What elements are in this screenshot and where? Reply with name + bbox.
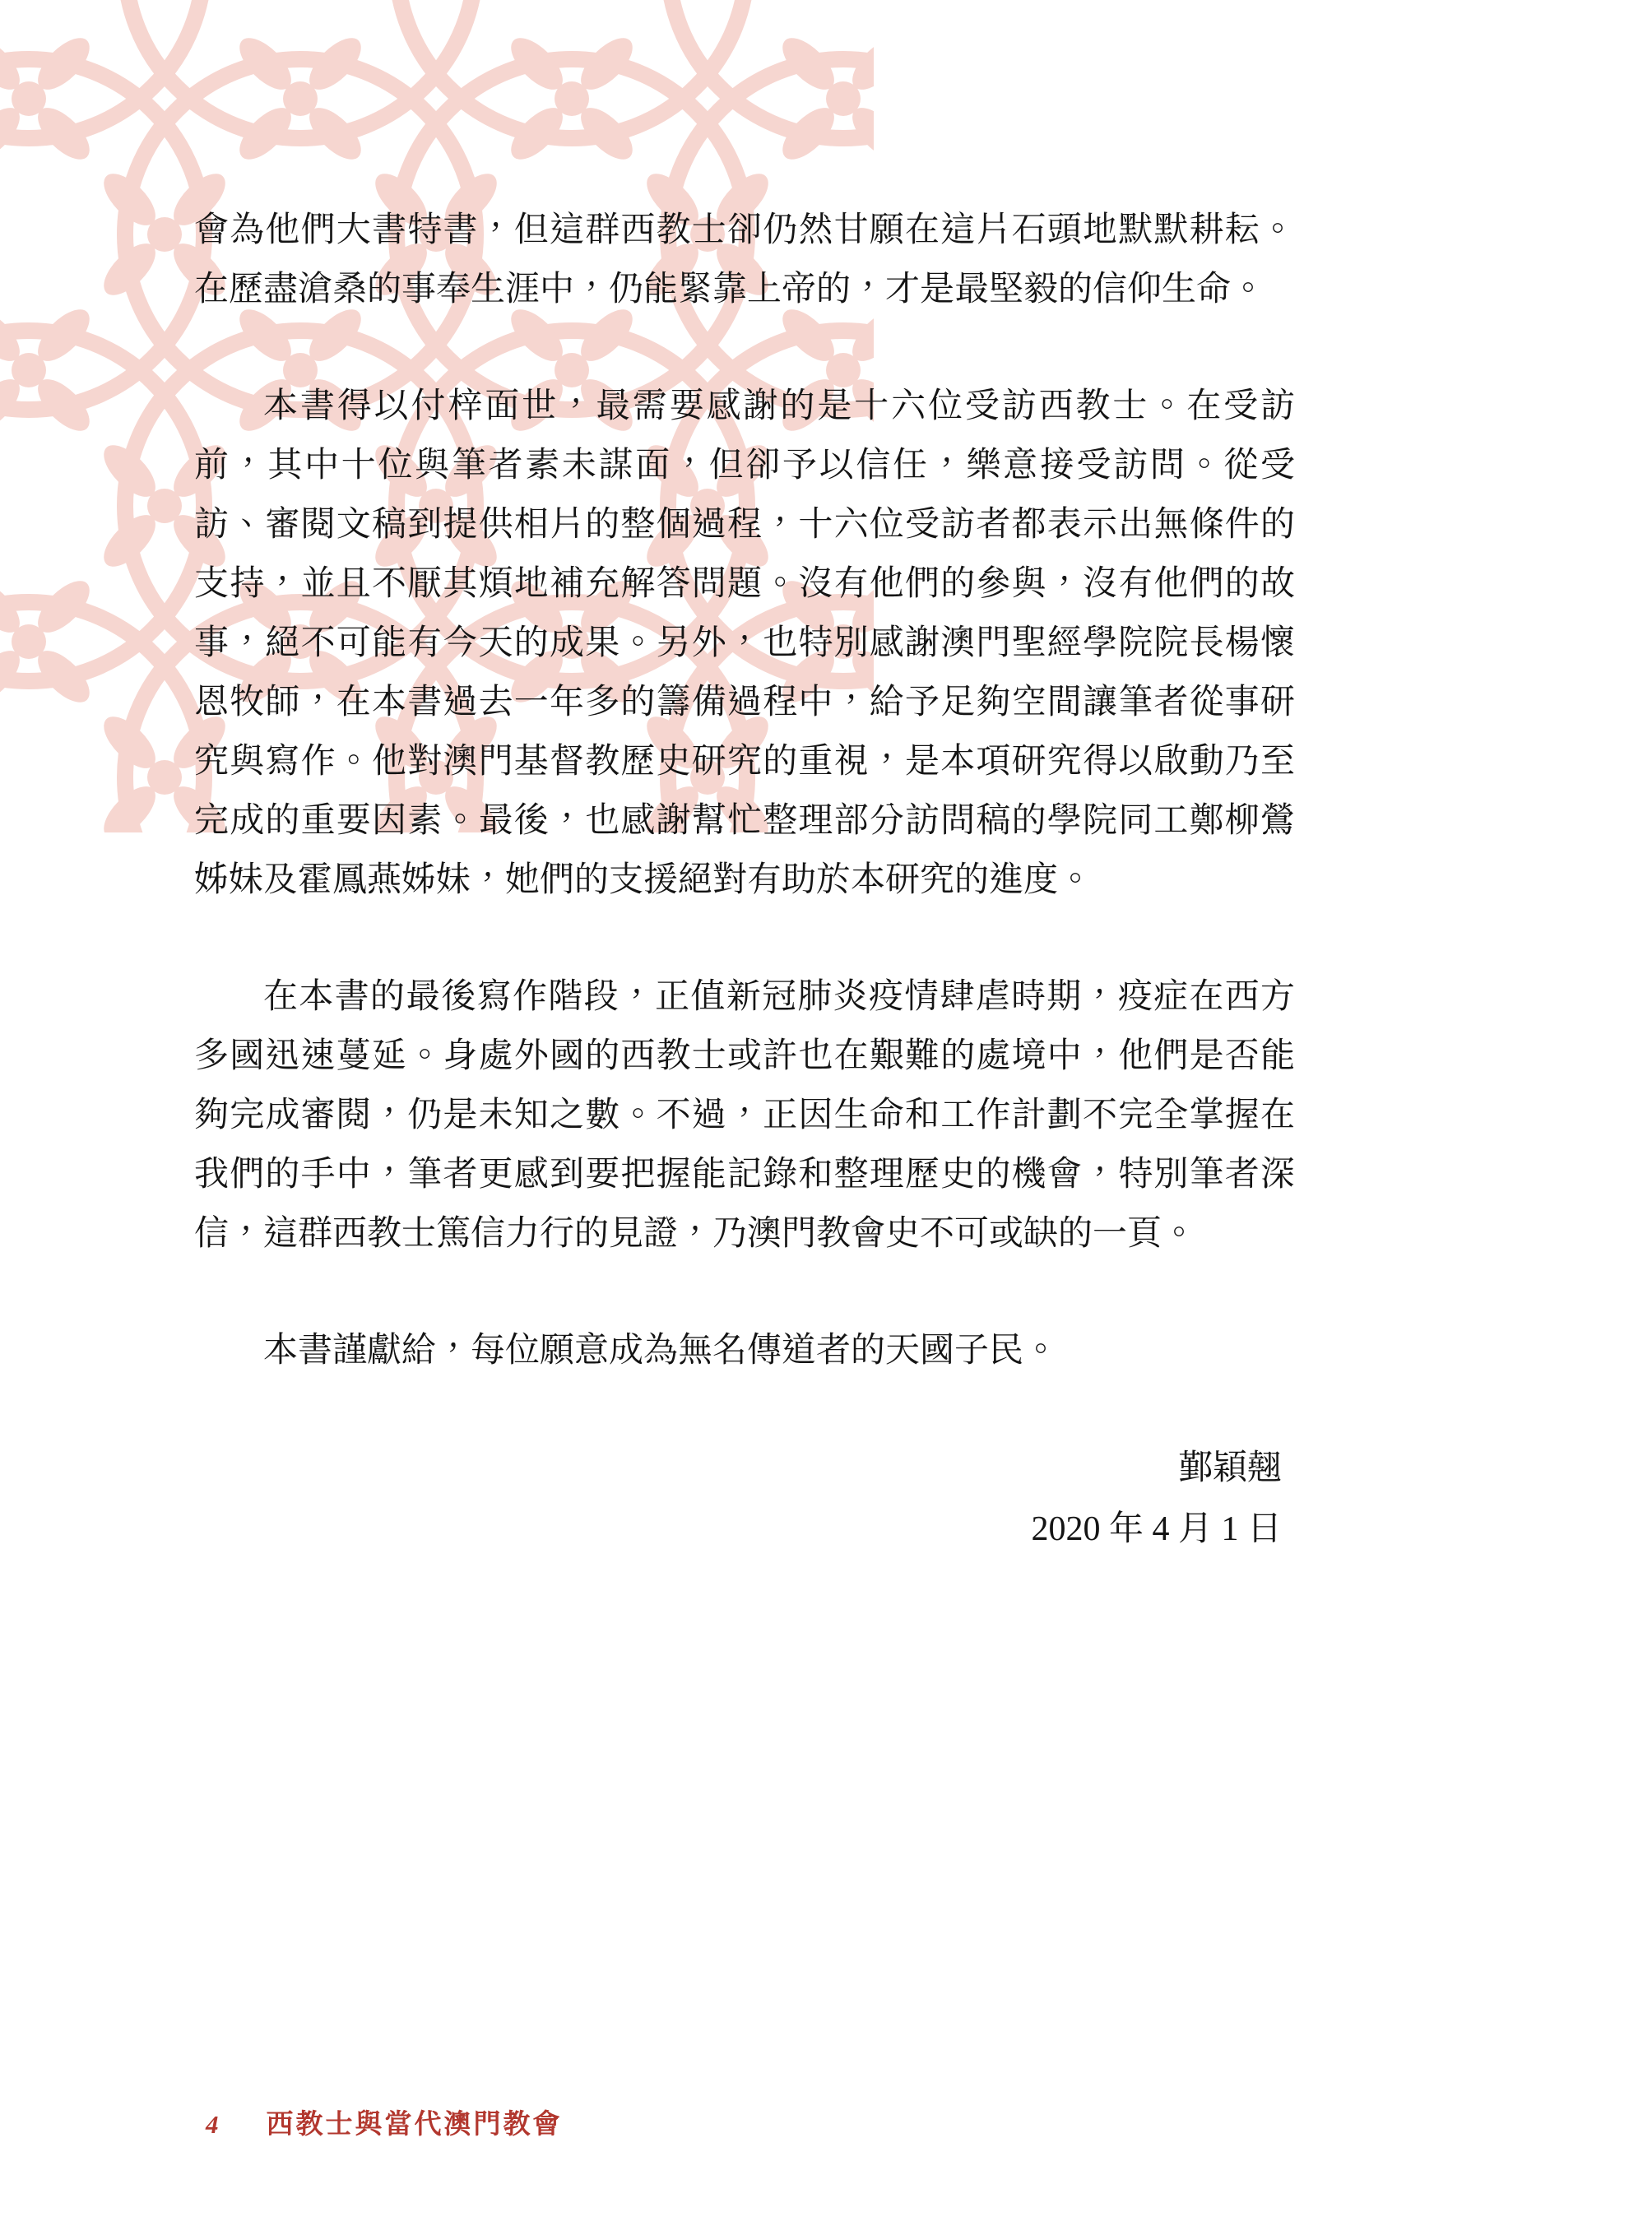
page-footer: 4 西教士與當代澳門教會 [206, 2103, 563, 2141]
paragraph-2: 本書得以付梓面世，最需要感謝的是十六位受訪西教士。在受訪前，其中十位與筆者素未謀… [194, 377, 1295, 910]
book-title: 西教士與當代澳門教會 [267, 2103, 563, 2141]
page-number: 4 [206, 2110, 219, 2140]
signature-date: 2020 年 4 月 1 日 [194, 1499, 1282, 1560]
signature-block: 鄞穎翹 2020 年 4 月 1 日 [194, 1438, 1295, 1560]
paragraph-3: 在本書的最後寫作階段，正值新冠肺炎疫情肆虐時期，疫症在西方多國迅速蔓延。身處外國… [194, 967, 1295, 1264]
book-page: 會為他們大書特書，但這群西教士卻仍然甘願在這片石頭地默默耕耘。在歷盡滄桑的事奉生… [0, 0, 1652, 2235]
page-body: 會為他們大書特書，但這群西教士卻仍然甘願在這片石頭地默默耕耘。在歷盡滄桑的事奉生… [194, 201, 1295, 1560]
paragraph-1: 會為他們大書特書，但這群西教士卻仍然甘願在這片石頭地默默耕耘。在歷盡滄桑的事奉生… [194, 201, 1295, 319]
author-name: 鄞穎翹 [194, 1438, 1282, 1499]
dedication-paragraph: 本書謹獻給，每位願意成為無名傳道者的天國子民。 [194, 1321, 1295, 1380]
